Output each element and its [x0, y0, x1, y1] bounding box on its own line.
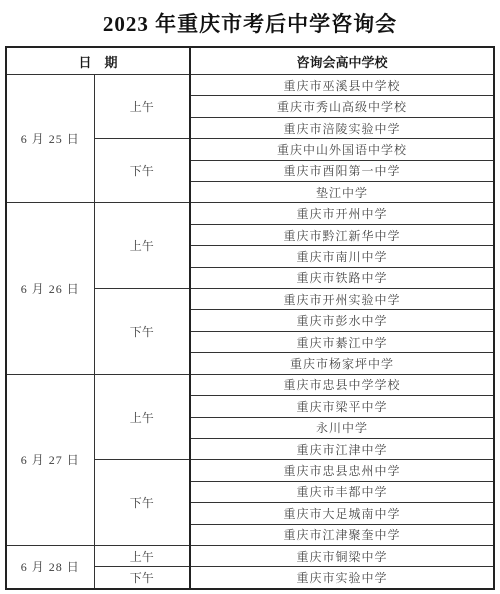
school-cell: 重庆市铜梁中学 [190, 545, 494, 566]
period-cell: 下午 [94, 460, 190, 546]
school-cell: 重庆市綦江中学 [190, 331, 494, 352]
header-school: 咨询会高中学校 [190, 47, 494, 75]
date-cell: 6 月 27 日 [6, 374, 94, 545]
school-cell: 重庆市忠县中学学校 [190, 374, 494, 395]
school-cell: 重庆市秀山高级中学校 [190, 96, 494, 117]
header-date: 日 期 [6, 47, 190, 75]
school-cell: 重庆市实验中学 [190, 567, 494, 589]
school-cell: 重庆中山外国语中学校 [190, 139, 494, 160]
school-cell: 重庆市大足城南中学 [190, 503, 494, 524]
school-cell: 重庆市涪陵实验中学 [190, 117, 494, 138]
table-row: 6 月 26 日上午重庆市开州中学 [6, 203, 494, 224]
page-title: 2023 年重庆市考后中学咨询会 [0, 0, 500, 46]
date-cell: 6 月 25 日 [6, 75, 94, 203]
table-row: 6 月 27 日上午重庆市忠县中学学校 [6, 374, 494, 395]
school-cell: 重庆市南川中学 [190, 246, 494, 267]
period-cell: 下午 [94, 139, 190, 203]
table-header: 日 期 咨询会高中学校 [6, 47, 494, 75]
table-row: 6 月 28 日上午重庆市铜梁中学 [6, 545, 494, 566]
school-cell: 永川中学 [190, 417, 494, 438]
period-cell: 下午 [94, 289, 190, 375]
school-cell: 重庆市丰都中学 [190, 481, 494, 502]
school-cell: 重庆市江津中学 [190, 438, 494, 459]
period-cell: 上午 [94, 374, 190, 460]
table-body: 6 月 25 日上午重庆市巫溪县中学校重庆市秀山高级中学校重庆市涪陵实验中学下午… [6, 75, 494, 590]
school-cell: 重庆市江津聚奎中学 [190, 524, 494, 545]
school-cell: 重庆市巫溪县中学校 [190, 75, 494, 96]
period-cell: 下午 [94, 567, 190, 589]
header-row: 日 期 咨询会高中学校 [6, 47, 494, 75]
period-cell: 上午 [94, 203, 190, 289]
school-cell: 垫江中学 [190, 182, 494, 203]
consultation-schedule-table: 日 期 咨询会高中学校 6 月 25 日上午重庆市巫溪县中学校重庆市秀山高级中学… [5, 46, 495, 590]
school-cell: 重庆市开州实验中学 [190, 289, 494, 310]
school-cell: 重庆市开州中学 [190, 203, 494, 224]
school-cell: 重庆市梁平中学 [190, 396, 494, 417]
school-cell: 重庆市杨家坪中学 [190, 353, 494, 374]
date-cell: 6 月 26 日 [6, 203, 94, 374]
school-cell: 重庆市酉阳第一中学 [190, 160, 494, 181]
period-cell: 上午 [94, 75, 190, 139]
date-cell: 6 月 28 日 [6, 545, 94, 589]
school-cell: 重庆市忠县忠州中学 [190, 460, 494, 481]
period-cell: 上午 [94, 545, 190, 566]
school-cell: 重庆市黔江新华中学 [190, 224, 494, 245]
table-row: 6 月 25 日上午重庆市巫溪县中学校 [6, 75, 494, 96]
school-cell: 重庆市彭水中学 [190, 310, 494, 331]
school-cell: 重庆市铁路中学 [190, 267, 494, 288]
